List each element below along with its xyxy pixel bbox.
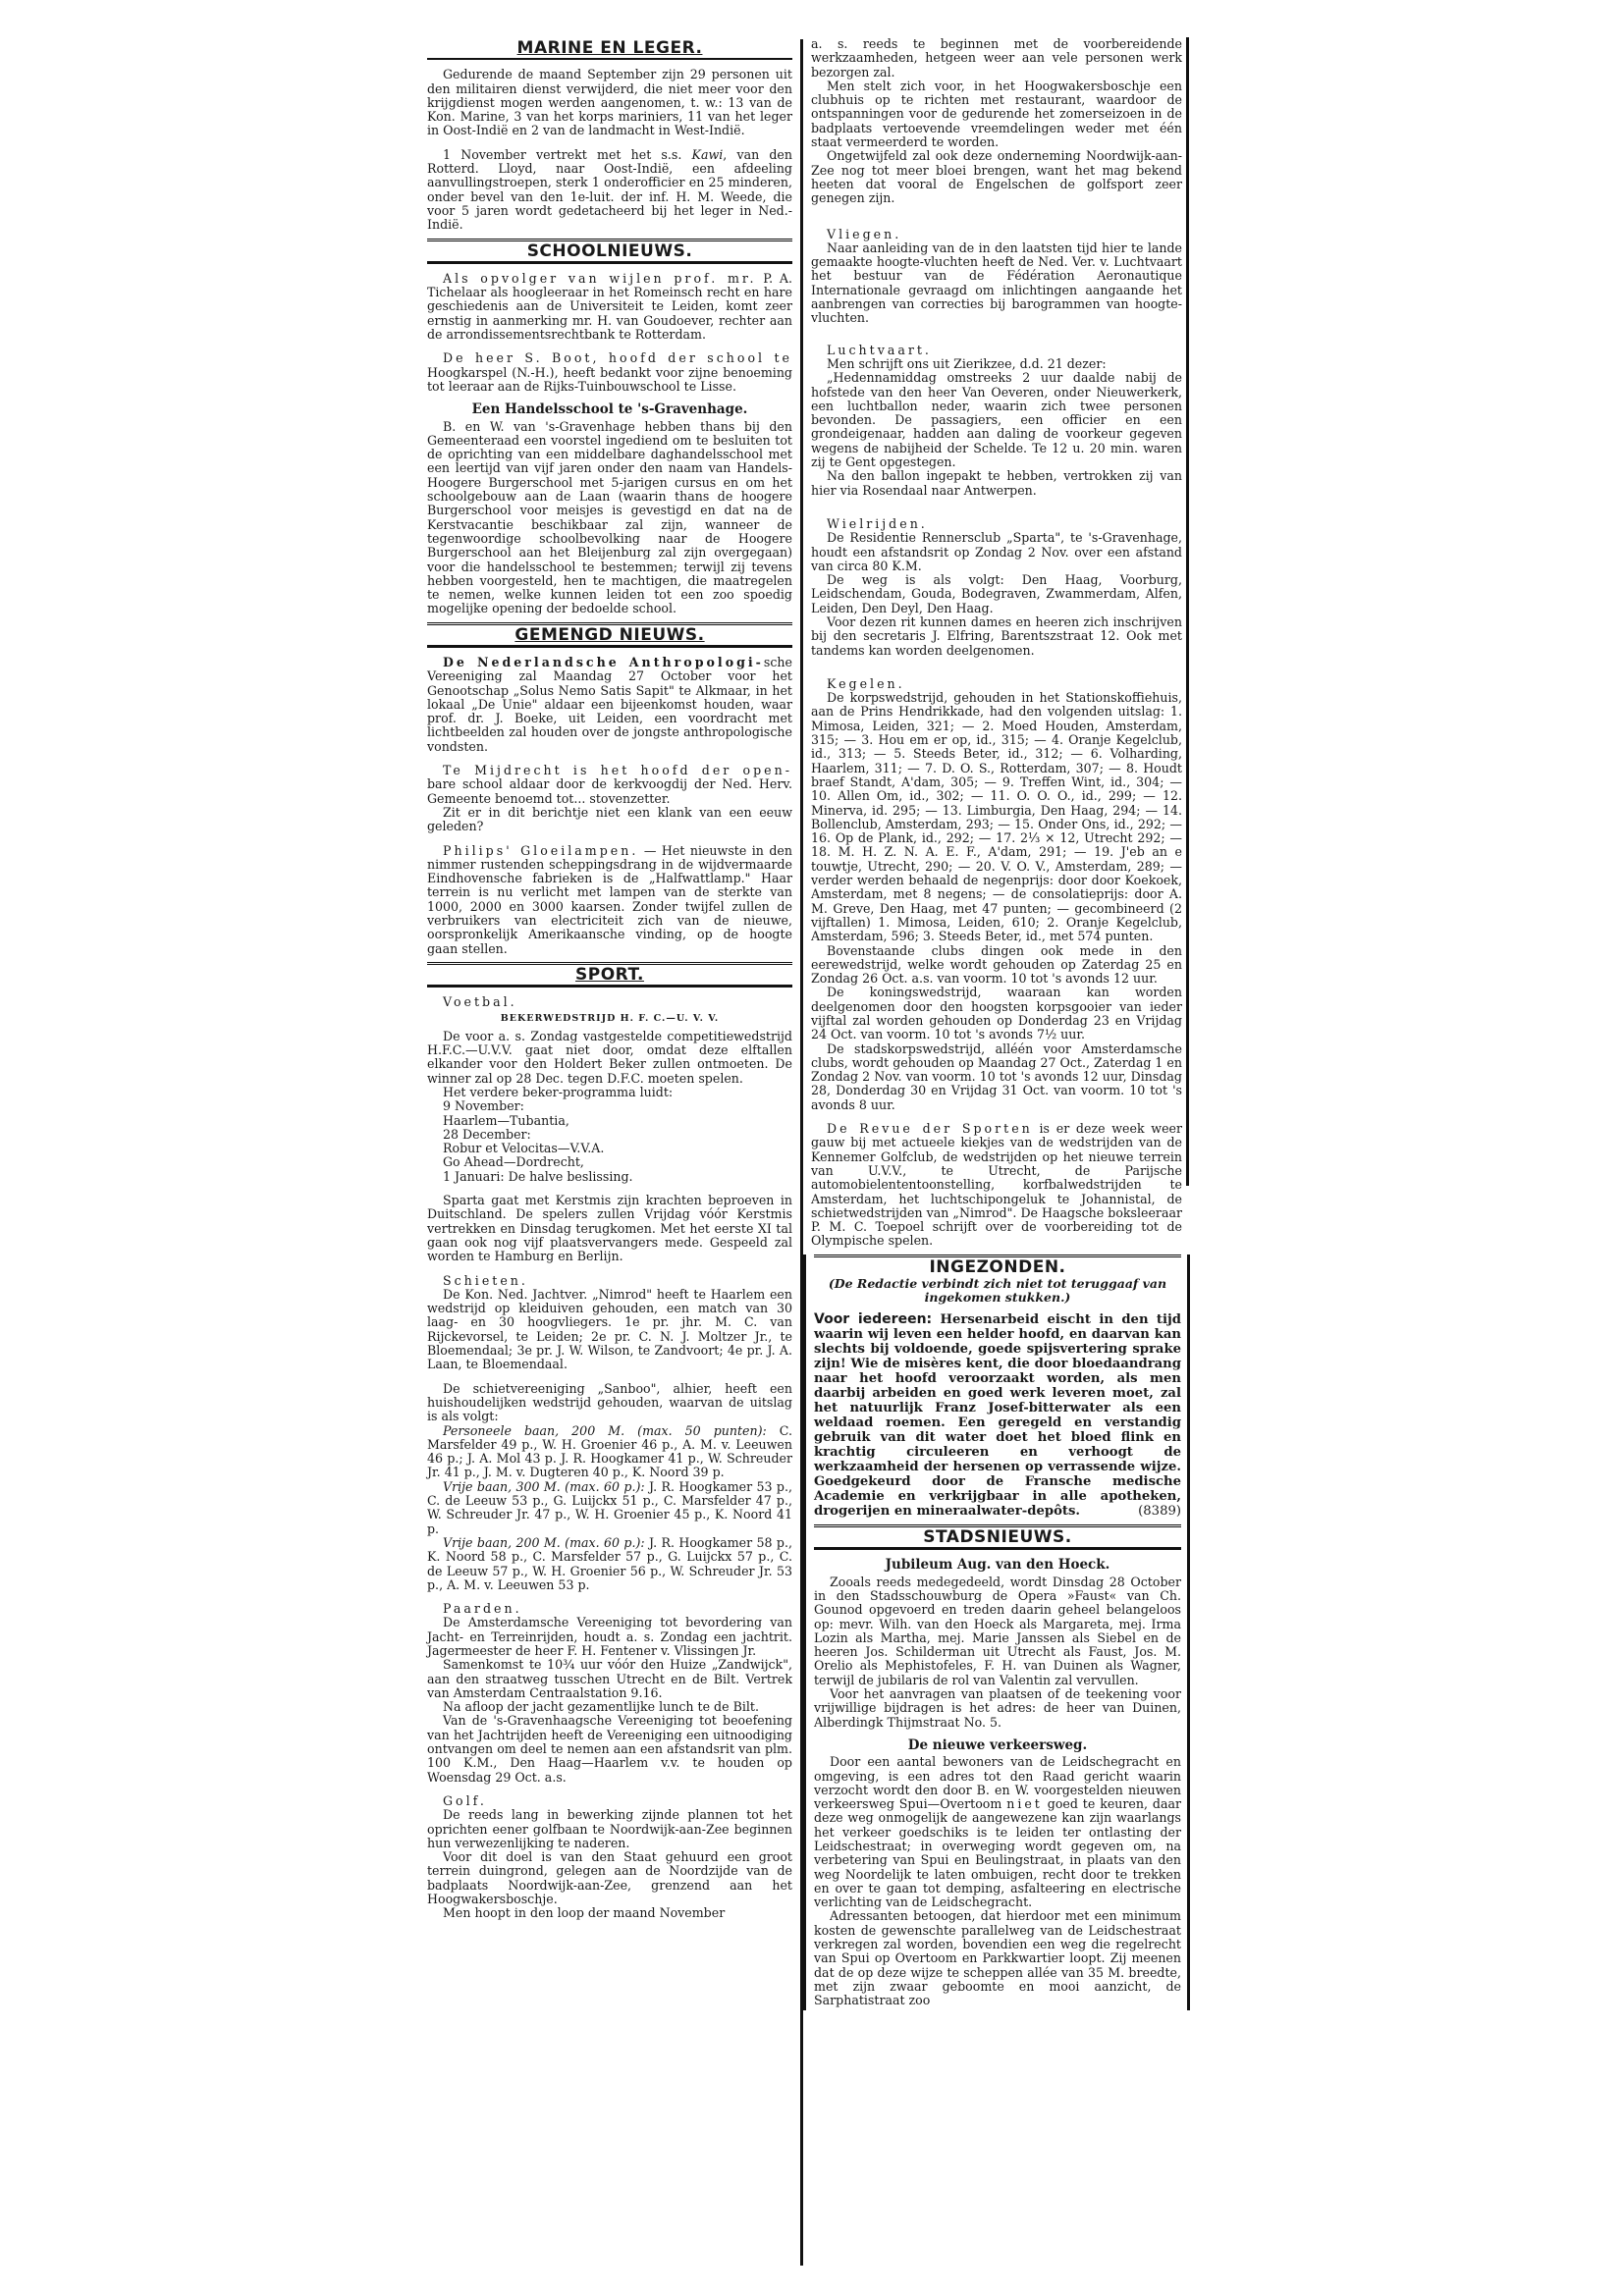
article-golf-paragraph: De reeds lang in bewerking zijnde planne…	[427, 1808, 792, 1850]
section-heading-sport: SPORT.	[427, 968, 792, 982]
article-school-paragraph: Als opvolger van wijlen prof. mr. P. A. …	[427, 272, 792, 342]
article-paarden-paragraph: Van de 's-Gravenhaagsche Vereeniging tot…	[427, 1714, 792, 1784]
text: is er deze week weer gauw bij met actuee…	[811, 1121, 1182, 1248]
kicker-wielrijden: Wielrijden.	[811, 517, 1182, 531]
text: bare school aldaar door de kerkvoogdij d…	[427, 776, 792, 805]
right-border-rule	[1186, 37, 1189, 1186]
divider	[427, 58, 792, 60]
lead-text: Philips' Gloeilampen.	[443, 843, 638, 858]
article-golf-paragraph: Men hoopt in den loop der maand November	[427, 1906, 792, 1920]
article-luchtvaart-paragraph: „Hedennamiddag omstreeks 2 uur daalde na…	[811, 371, 1182, 469]
result-row: Vrije baan, 200 M. (max. 60 p.): J. R. H…	[427, 1536, 792, 1592]
article-gemengd-paragraph: Te Mijdrecht is het hoofd der open-bare …	[427, 764, 792, 806]
article-paarden-paragraph: Na afloop der jacht gezamentlijke lunch …	[427, 1700, 792, 1714]
article-luchtvaart-paragraph: Na den ballon ingepakt te hebben, vertro…	[811, 469, 1182, 498]
result-label: Vrije baan, 200 M. (max. 60 p.):	[443, 1535, 645, 1550]
article-kegelen-paragraph: De korpswedstrijd, gehouden in het Stati…	[811, 691, 1182, 943]
article-wielrijden-paragraph: De weg is als volgt: Den Haag, Voorburg,…	[811, 573, 1182, 615]
article-luchtvaart-paragraph: Men schrijft ons uit Zierikzee, d.d. 21 …	[811, 357, 1182, 371]
divider	[427, 645, 792, 648]
lead-text: De heer S. Boot, hoofd der school te	[443, 350, 792, 365]
result-label: Vrije baan, 300 M. (max. 60 p.):	[443, 1479, 645, 1494]
article-school-paragraph: B. en W. van 's-Gravenhage hebben thans …	[427, 420, 792, 616]
text: — Het nieuwste in den nimmer rustenden s…	[427, 843, 792, 956]
result-label: Personeele baan, 200 M. (max. 50 punten)…	[443, 1423, 767, 1438]
section-heading-stadsnieuws: STADSNIEUWS.	[814, 1530, 1181, 1544]
article-kegelen-paragraph: De stadskorpswedstrijd, alléén voor Amst…	[811, 1042, 1182, 1112]
lead-text: Als opvolger van wijlen prof. mr.	[443, 271, 757, 286]
ad-number: (8389)	[1138, 1504, 1181, 1519]
article-wielrijden-paragraph: Voor dezen rit kunnen dames en heeren zi…	[811, 615, 1182, 658]
subheading-handelsschool: Een Handelsschool te 's-Gravenhage.	[427, 402, 792, 416]
article-jubileum-paragraph: Voor het aanvragen van plaatsen of de te…	[814, 1687, 1181, 1730]
text: goed te keuren, daar deze weg onmogelijk…	[814, 1796, 1181, 1909]
lead-text: Te Mijdrecht is het hoofd der open-	[443, 763, 792, 777]
list-item: Robur et Velocitas—V.V.A.	[427, 1142, 792, 1155]
divider	[427, 261, 792, 264]
text: 1 November vertrekt met het s.s.	[443, 147, 692, 162]
article-golf-continued: Men stelt zich voor, in het Hoogwakersbo…	[811, 80, 1182, 149]
kicker-voetbal: Voetbal.	[427, 995, 792, 1009]
article-jubileum-paragraph: Zooals reeds medegedeeld, wordt Dinsdag …	[814, 1575, 1181, 1687]
ingezonden-disclaimer: (De Redactie verbindt zich niet tot teru…	[814, 1277, 1181, 1305]
article-paarden-paragraph: Samenkomst te 10¾ uur vóór den Huize „Za…	[427, 1658, 792, 1700]
divider	[814, 1547, 1181, 1550]
subheading-verkeersweg: De nieuwe verkeersweg.	[814, 1738, 1181, 1752]
article-golf-paragraph: Voor dit doel is van den Staat gehuurd e…	[427, 1850, 792, 1906]
kicker-golf: Golf.	[427, 1794, 792, 1808]
advertisement-franz-josef: Voor iedereen: Hersenarbeid eischt in de…	[814, 1312, 1181, 1519]
kicker-schieten: Schieten.	[427, 1274, 792, 1288]
article-wielrijden-paragraph: De Residentie Rennersclub „Sparta", te '…	[811, 531, 1182, 573]
article-gemengd-paragraph: Zit er in dit berichtje niet een klank v…	[427, 806, 792, 834]
list-item: Go Ahead—Dordrecht,	[427, 1155, 792, 1169]
article-kegelen-paragraph: De koningswedstrijd, waaraan kan worden …	[811, 986, 1182, 1041]
article-golf-continued: a. s. reeds te beginnen met de voorberei…	[811, 37, 1182, 80]
article-school-paragraph: De heer S. Boot, hoofd der school te Hoo…	[427, 351, 792, 394]
article-schieten-paragraph: De Kon. Ned. Jachtver. „Nimrod" heeft te…	[427, 1288, 792, 1372]
divider	[427, 985, 792, 988]
section-heading-school: SCHOOLNIEUWS.	[427, 244, 792, 258]
article-marine-paragraph: Gedurende de maand September zijn 29 per…	[427, 68, 792, 137]
result-row: Vrije baan, 300 M. (max. 60 p.): J. R. H…	[427, 1480, 792, 1536]
list-item: 9 November:	[427, 1099, 792, 1113]
beker-programma-list: Het verdere beker-programma luidt: 9 Nov…	[427, 1086, 792, 1184]
lead-text: De Revue der Sporten	[827, 1121, 1033, 1136]
right-column: a. s. reeds te beginnen met de voorberei…	[811, 37, 1182, 2010]
subheading-jubileum: Jubileum Aug. van den Hoeck.	[814, 1558, 1181, 1572]
section-heading-ingezonden: INGEZONDEN.	[814, 1260, 1181, 1274]
section-heading-gemengd: GEMENGD NIEUWS.	[427, 628, 792, 642]
ad-lead: Voor iedereen:	[814, 1311, 932, 1327]
list-item: 28 December:	[427, 1128, 792, 1142]
article-voetbal-paragraph: De voor a. s. Zondag vastgestelde compet…	[427, 1030, 792, 1086]
kicker-vliegen: Vliegen.	[811, 228, 1182, 241]
section-heading-marine: MARINE EN LEGER.	[427, 41, 792, 55]
article-golf-continued: Ongetwijfeld zal ook deze onderneming No…	[811, 149, 1182, 205]
article-sparta-paragraph: Sparta gaat met Kerstmis zijn krachten b…	[427, 1194, 792, 1263]
article-verkeersweg-paragraph: Adressanten betoogen, dat hierdoor met e…	[814, 1909, 1181, 2007]
article-schieten-paragraph: De schietvereeniging „Sanboo", alhier, h…	[427, 1382, 792, 1424]
text: Hoogkarspel (N.-H.), heeft bedankt voor …	[427, 365, 792, 394]
article-revue-paragraph: De Revue der Sporten is er deze week wee…	[811, 1122, 1182, 1249]
result-row: Personeele baan, 200 M. (max. 50 punten)…	[427, 1424, 792, 1480]
article-vliegen-paragraph: Naar aanleiding van de in den laatsten t…	[811, 241, 1182, 326]
article-marine-paragraph: 1 November vertrekt met het s.s. Kawi, v…	[427, 148, 792, 233]
article-gemengd-paragraph: De Nederlandsche Anthropologi-sche Veree…	[427, 656, 792, 754]
article-verkeersweg-paragraph: Door een aantal bewoners van de Leidsche…	[814, 1755, 1181, 1909]
text: sche Vereeniging zal Maandag 27 October …	[427, 655, 792, 754]
list-item: 1 Januari: De halve beslissing.	[427, 1170, 792, 1184]
emphasis-text: niet	[1006, 1796, 1043, 1811]
kicker-paarden: Paarden.	[427, 1602, 792, 1616]
list-item: Het verdere beker-programma luidt:	[427, 1086, 792, 1099]
left-column: MARINE EN LEGER. Gedurende de maand Sept…	[427, 39, 792, 1921]
boxed-section-ingezonden-stadsnieuws: INGEZONDEN. (De Redactie verbindt zich n…	[803, 1255, 1190, 2010]
subheading-bekerwedstrijd: BEKERWEDSTRIJD H. F. C.—U. V. V.	[427, 1012, 792, 1026]
article-gemengd-paragraph: Philips' Gloeilampen. — Het nieuwste in …	[427, 844, 792, 956]
list-item: Haarlem—Tubantia,	[427, 1114, 792, 1128]
lead-text: De Nederlandsche Anthropologi-	[443, 655, 764, 669]
kicker-kegelen: Kegelen.	[811, 677, 1182, 691]
ship-name: Kawi	[692, 147, 724, 162]
article-paarden-paragraph: De Amsterdamsche Vereeniging tot bevorde…	[427, 1616, 792, 1658]
article-kegelen-paragraph: Bovenstaande clubs dingen ook mede in de…	[811, 944, 1182, 987]
ad-text: Hersenarbeid eischt in den tijd waarin w…	[814, 1312, 1181, 1519]
kicker-luchtvaart: Luchtvaart.	[811, 344, 1182, 357]
